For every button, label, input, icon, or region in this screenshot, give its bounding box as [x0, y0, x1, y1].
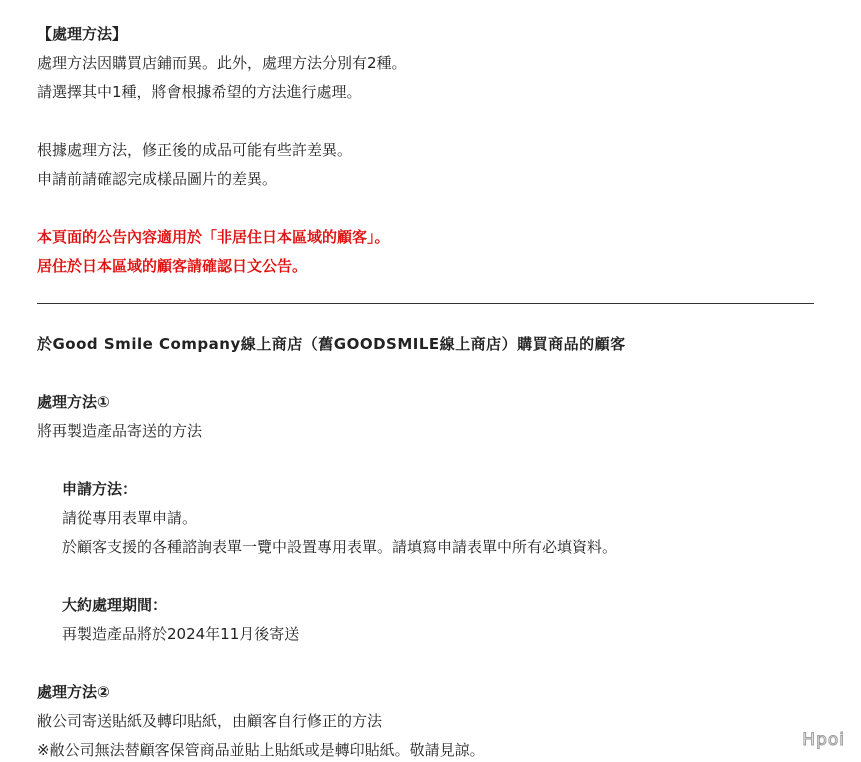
intro-line: 申請前請確認完成樣品圖片的差異。	[37, 165, 814, 194]
method1-title: 處理方法①	[37, 388, 814, 417]
method1-desc: 將再製造產品寄送的方法	[37, 417, 814, 446]
period-value: 再製造產品將於2024年11月後寄送	[37, 620, 814, 649]
announcement-content: 【處理方法】 處理方法因購買店鋪而異。此外，處理方法分別有2種。 請選擇其中1種…	[37, 20, 814, 762]
intro-line: 處理方法因購買店鋪而異。此外，處理方法分別有2種。	[37, 49, 814, 78]
method2-note: ※敝公司無法替顧客保管商品並貼上貼紙或是轉印貼紙。敬請見諒。	[37, 736, 814, 762]
region-notice: 本頁面的公告內容適用於「非居住日本區域的顧客」。	[37, 223, 814, 252]
section-heading: 於Good Smile Company線上商店（舊GOODSMILE線上商店）購…	[37, 330, 814, 359]
period-label: 大約處理期間：	[37, 591, 814, 620]
apply-line: 於顧客支援的各種諮詢表單一覽中設置專用表單。請填寫申請表單中所有必填資料。	[37, 533, 814, 562]
region-notice: 居住於日本區域的顧客請確認日文公告。	[37, 252, 814, 281]
divider	[37, 303, 814, 304]
apply-line: 請從專用表單申請。	[37, 504, 814, 533]
intro-line: 請選擇其中1種，將會根據希望的方法進行處理。	[37, 78, 814, 107]
apply-label: 申請方法：	[37, 475, 814, 504]
intro-title: 【處理方法】	[37, 20, 814, 49]
hpoi-watermark-logo: Hpoi	[802, 730, 845, 750]
method2-title: 處理方法②	[37, 678, 814, 707]
method2-desc: 敝公司寄送貼紙及轉印貼紙，由顧客自行修正的方法	[37, 707, 814, 736]
intro-line: 根據處理方法，修正後的成品可能有些許差異。	[37, 136, 814, 165]
